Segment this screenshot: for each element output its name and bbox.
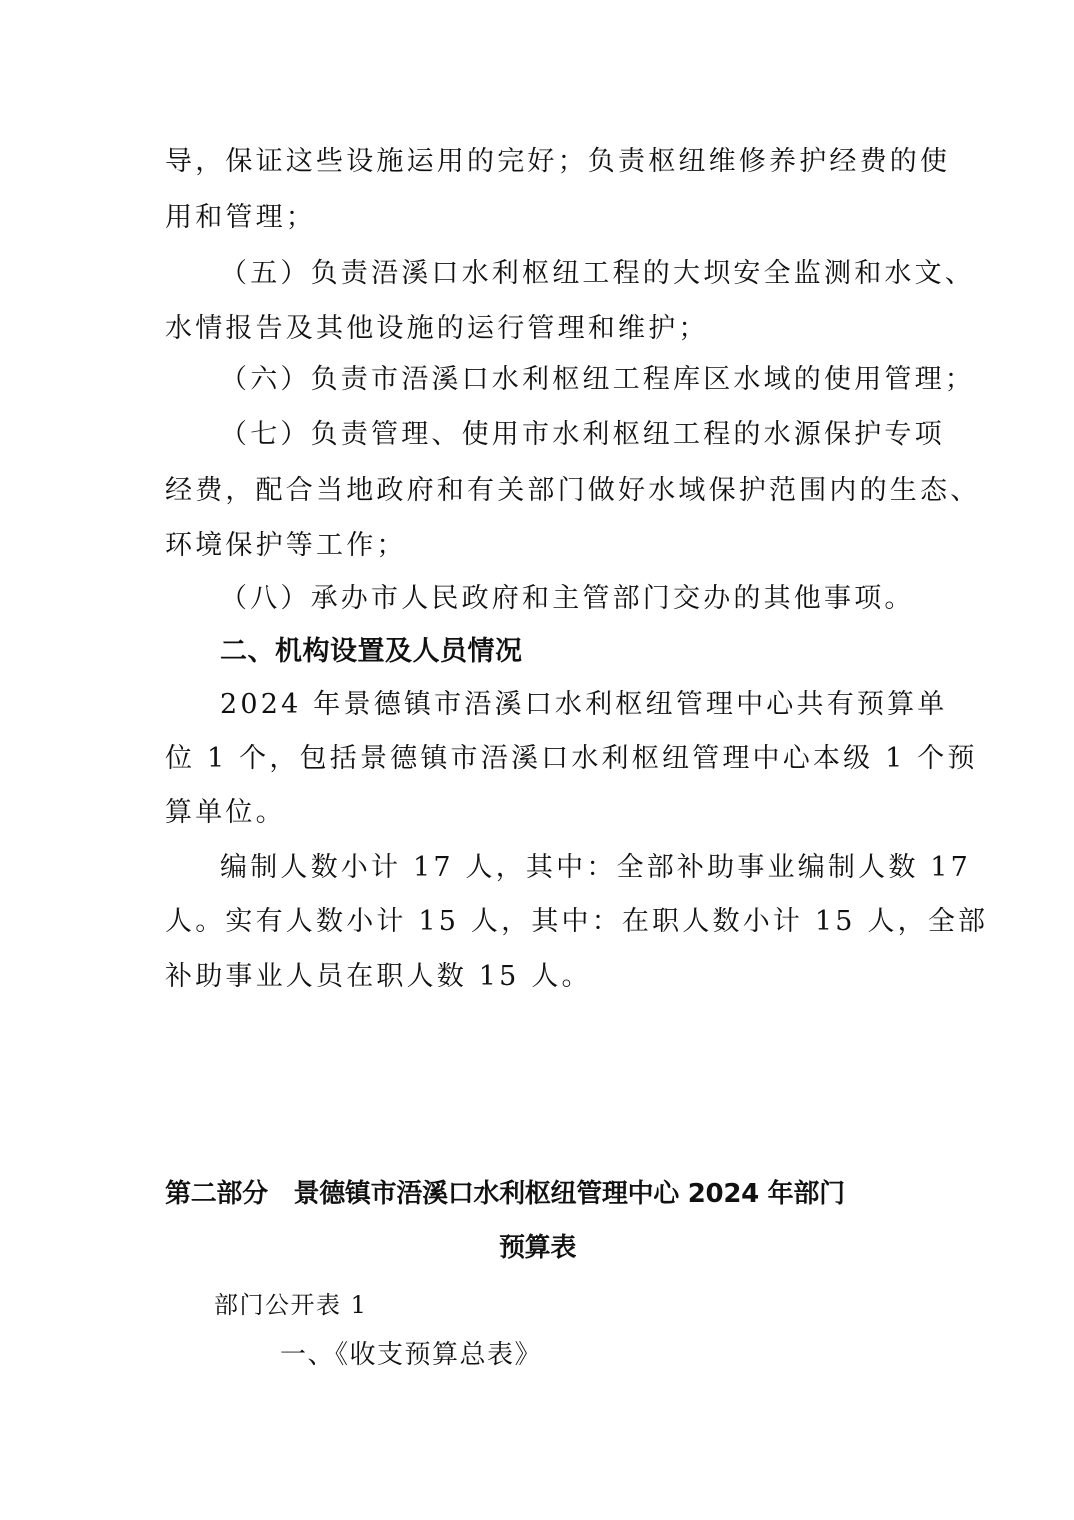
duty-item-6: （六）负责市浯溪口水利枢纽工程库区水域的使用管理； [220,364,975,396]
paragraph-line: 编制人数小计 17 人，其中：全部补助事业编制人数 17 [220,852,971,884]
paragraph-line: 人。实有人数小计 15 人，其中：在职人数小计 15 人，全部 [165,906,988,938]
part-title-cont: 预算表 [165,1232,910,1264]
paragraph-line: 补助事业人员在职人数 15 人。 [165,961,592,993]
paragraph-line: 导，保证这些设施运用的完好；负责枢纽维修养护经费的使 [165,146,950,178]
duty-item-5: （五）负责浯溪口水利枢纽工程的大坝安全监测和水文、 [220,258,975,290]
duty-item-7-cont: 环境保护等工作； [165,530,407,562]
part-title: 第二部分 景德镇市浯溪口水利枢纽管理中心 2024 年部门 [165,1178,910,1210]
duty-item-5-cont: 水情报告及其他设施的运行管理和维护； [165,313,709,345]
paragraph-line: 算单位。 [165,797,286,829]
table-label: 部门公开表 1 [214,1290,367,1320]
duty-item-7: （七）负责管理、使用市水利枢纽工程的水源保护专项 [220,419,945,451]
duty-item-7-cont: 经费，配合当地政府和有关部门做好水域保护范围内的生态、 [165,475,980,507]
table-title: 一、《收支预算总表》 [280,1340,542,1370]
paragraph-line: 2024 年景德镇市浯溪口水利枢纽管理中心共有预算单 [220,689,948,721]
duty-item-8: （八）承办市人民政府和主管部门交办的其他事项。 [220,583,915,615]
section-heading: 二、机构设置及人员情况 [220,636,523,668]
paragraph-line: 用和管理； [165,202,316,234]
paragraph-line: 位 1 个，包括景德镇市浯溪口水利枢纽管理中心本级 1 个预 [165,743,978,775]
